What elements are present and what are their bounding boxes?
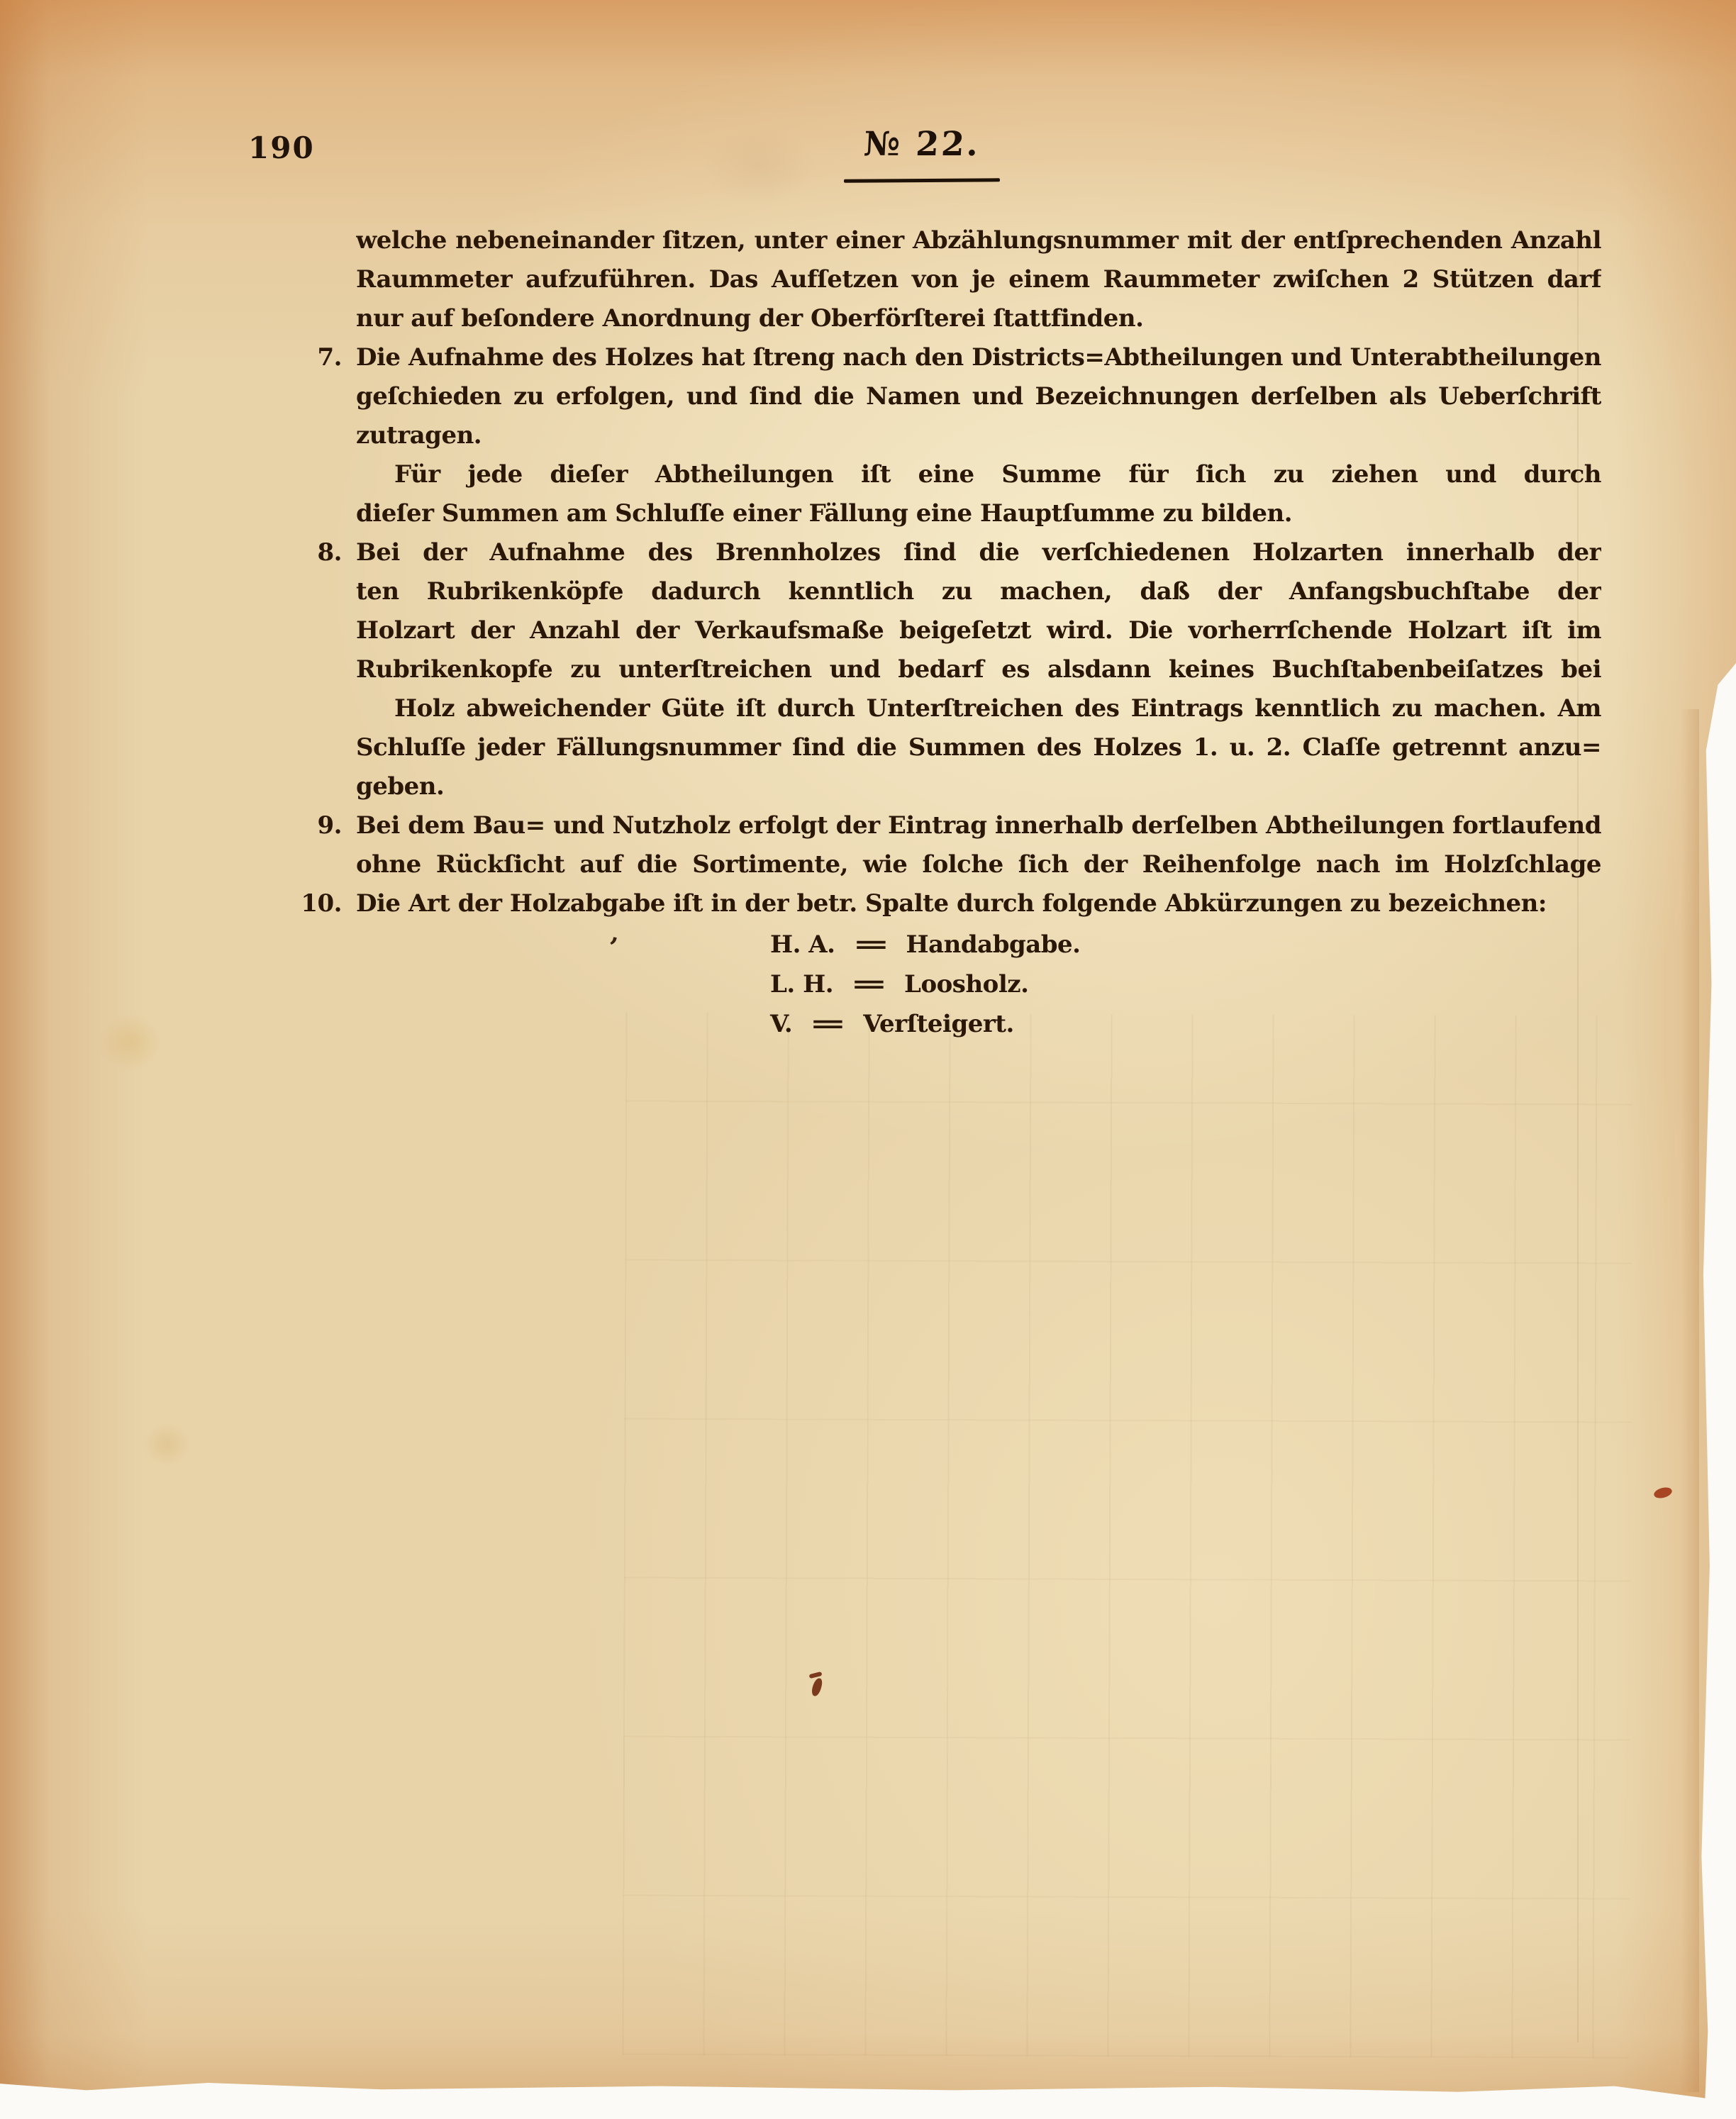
equals-sign: = xyxy=(850,964,887,1004)
red-ink-fleck xyxy=(1652,1485,1673,1500)
abbreviation-row: V. = Verſteigert. xyxy=(770,1004,1601,1044)
text-line: Bei dem Bau= und Nutzholz erfolgt der Ei… xyxy=(356,806,1601,845)
text-line: Die Aufnahme des Holzes hat ſtreng nach … xyxy=(356,338,1601,377)
text-line: welche nebeneinander ſitzen, unter einer… xyxy=(356,221,1601,260)
abbreviation-row: H. A. = Handabgabe. xyxy=(770,925,1601,964)
paragraph-sub-8: Holz abweichender Güte iſt durch Unterſt… xyxy=(356,689,1601,806)
paragraph-item-7: 7. Die Aufnahme des Holzes hat ſtreng na… xyxy=(356,338,1601,455)
equals-sign: = xyxy=(809,1004,847,1044)
text-line: nur auf beſondere Anordnung der Oberförſ… xyxy=(356,299,1601,338)
abbreviation: V. xyxy=(770,1004,792,1044)
item-number: 8. xyxy=(296,533,342,572)
abbreviation-row: L. H. = Loosholz. xyxy=(770,964,1601,1004)
text-line: geſchieden zu erfolgen, und ſind die Nam… xyxy=(356,377,1601,416)
page-number: 190 xyxy=(248,130,315,165)
paper-stain xyxy=(142,1422,191,1467)
scanned-document-page: 190 № 22. welche nebeneinander ſitzen, u… xyxy=(0,0,1736,2119)
text-line: Holzart der Anzahl der Verkaufsmaße beig… xyxy=(356,611,1601,650)
text-line: Bei der Aufnahme des Brennholzes ſind di… xyxy=(356,533,1601,572)
item-number: 9. xyxy=(296,806,342,845)
text-line: Holz abweichender Güte iſt durch Unterſt… xyxy=(356,689,1601,728)
abbreviation: H. A. xyxy=(770,925,835,964)
body-text: welche nebeneinander ſitzen, unter einer… xyxy=(356,221,1601,1044)
paper-stain xyxy=(99,1014,163,1071)
text-line: geben. xyxy=(356,767,1601,806)
text-line: ohne Rückſicht auf die Sortimente, wie ſ… xyxy=(356,845,1601,884)
paragraph-continuation: welche nebeneinander ſitzen, unter einer… xyxy=(356,221,1601,338)
text-line: Raummeter aufzuführen. Das Aufſetzen von… xyxy=(356,260,1601,299)
paragraph-item-8: 8. Bei der Aufnahme des Brennholzes ſind… xyxy=(356,533,1601,689)
equals-sign: = xyxy=(852,925,889,964)
paper-stain xyxy=(702,128,816,206)
abbreviation-list: H. A. = Handabgabe. L. H. = Loosholz. V.… xyxy=(770,925,1601,1044)
abbreviation-meaning: Handabgabe. xyxy=(906,925,1081,964)
paragraph-sub-7: Für jede dieſer Abtheilungen iſt eine Su… xyxy=(356,455,1601,533)
text-line: Rubrikenkopfe zu unterſtreichen und beda… xyxy=(356,650,1601,689)
grid-showthrough xyxy=(622,1013,1632,2059)
abbreviation: L. H. xyxy=(770,964,833,1004)
text-line: Für jede dieſer Abtheilungen iſt eine Su… xyxy=(356,455,1601,494)
text-line: ten Rubrikenköpfe dadurch kenntlich zu m… xyxy=(356,572,1601,611)
issue-number: № 22. xyxy=(862,125,981,164)
abbreviation-meaning: Verſteigert. xyxy=(863,1004,1014,1044)
item-number: 10. xyxy=(296,884,342,923)
paragraph-item-10: 10. Die Art der Holzabgabe iſt in der be… xyxy=(356,884,1601,923)
item-number: 7. xyxy=(296,338,342,377)
text-line: zutragen. xyxy=(356,416,1601,455)
issue-header: № 22. xyxy=(823,125,1021,164)
text-line: Schluſſe jeder Fällungsnummer ſind die S… xyxy=(356,728,1601,767)
text-line: dieſer Summen am Schluſſe einer Fällung … xyxy=(356,494,1601,533)
header-underline xyxy=(844,178,1000,183)
abbreviation-meaning: Loosholz. xyxy=(904,964,1028,1004)
paper-edge-shadow xyxy=(1681,709,1699,2092)
paragraph-item-9: 9. Bei dem Bau= und Nutzholz erfolgt der… xyxy=(356,806,1601,884)
text-line: Die Art der Holzabgabe iſt in der betr. … xyxy=(356,884,1601,923)
paper-background: 190 № 22. welche nebeneinander ſitzen, u… xyxy=(0,0,1736,2119)
